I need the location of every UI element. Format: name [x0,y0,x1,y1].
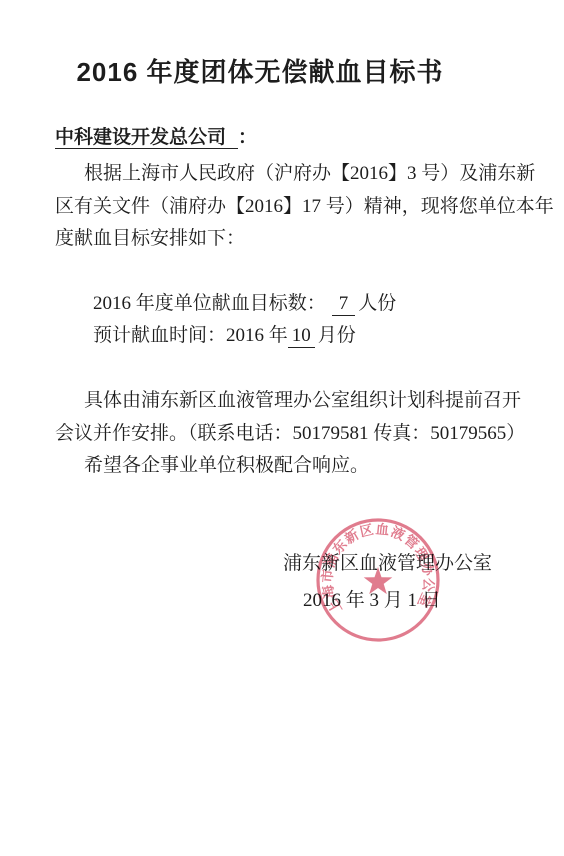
detail-paragraph: 具体由浦东新区血液管理办公室组织计划科提前召开 会议并作安排。（联系电话：501… [55,385,525,483]
quota-unit: 人份 [358,293,396,314]
time-line: 预计献血时间：2016 年10月份 [93,320,396,352]
document-title: 2016 年度团体无偿献血目标书 [0,55,542,89]
paragraph-line: 区有关文件（浦府办【2016】17 号）精神，现将您单位本年 [55,191,554,224]
time-value-blank: 10 [288,325,315,348]
signature-organization: 浦东新区血液管理办公室 [283,549,492,579]
time-unit: 月份 [318,325,356,346]
paragraph-line: 会议并作安排。（联系电话：50179581 传真：50179565） [55,418,525,451]
signature-date: 2016 年 3 月 1 日 [303,586,441,616]
paragraph-line: 度献血目标安排如下： [55,223,554,256]
intro-paragraph: 根据上海市人民政府（沪府办【2016】3 号）及浦东新 区有关文件（浦府办【20… [55,158,554,256]
quota-line: 2016 年度单位献血目标数：7人份 [93,288,396,320]
target-section: 2016 年度单位献血目标数：7人份 预计献血时间：2016 年10月份 [93,288,396,352]
quota-label: 2016 年度单位献血目标数： [93,293,326,314]
time-label: 预计献血时间：2016 年 [93,325,288,346]
recipient-line: 中科建设开发总公司： [55,123,257,153]
paragraph-line: 根据上海市人民政府（沪府办【2016】3 号）及浦东新 [55,158,554,191]
recipient-company-name: 中科建设开发总公司 [55,127,238,149]
quota-value-blank: 7 [332,293,356,316]
closing-line: 希望各企事业单位积极配合响应。 [55,450,525,483]
document-page: 2016 年度团体无偿献血目标书 中科建设开发总公司： 根据上海市人民政府（沪府… [0,0,564,856]
official-seal: 上海市浦东新区血液管理办公室 [298,500,458,660]
recipient-colon: ： [238,127,257,148]
paragraph-line: 具体由浦东新区血液管理办公室组织计划科提前召开 [55,385,525,418]
seal-ring [318,520,438,640]
